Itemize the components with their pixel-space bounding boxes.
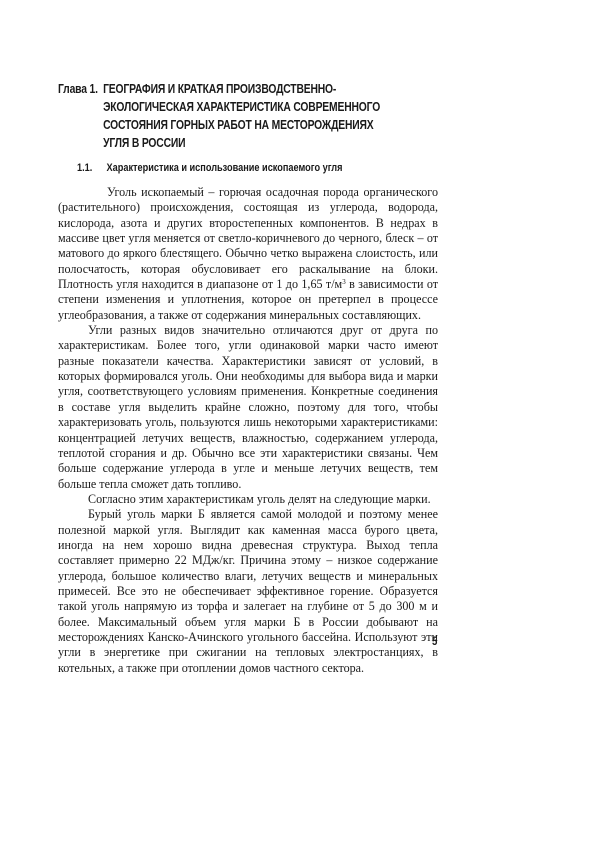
paragraph-brown-coal: Бурый уголь марки Б является самой молод…	[58, 507, 438, 676]
section-title: Характеристика и использование ископаемо…	[107, 161, 343, 175]
chapter-label: Глава 1.	[58, 80, 103, 152]
paragraph-coal-definition: Уголь ископаемый – горючая осадочная пор…	[58, 185, 438, 323]
section-number: 1.1.	[77, 161, 107, 175]
body-text: Уголь ископаемый – горючая осадочная пор…	[58, 185, 438, 676]
paragraph-text: Уголь ископаемый – горючая осадочная пор…	[58, 185, 438, 291]
section-heading: 1.1. Характеристика и использование иско…	[77, 161, 342, 175]
document-page: Глава 1. ГЕОГРАФИЯ И КРАТКАЯ ПРОИЗВОДСТВ…	[0, 0, 600, 849]
paragraph-coal-grades-intro: Согласно этим характеристикам уголь деля…	[58, 492, 438, 507]
chapter-title: ГЕОГРАФИЯ И КРАТКАЯ ПРОИЗВОДСТВЕННО-ЭКОЛ…	[103, 80, 386, 152]
page-number: 5	[432, 634, 437, 648]
chapter-heading: Глава 1. ГЕОГРАФИЯ И КРАТКАЯ ПРОИЗВОДСТВ…	[58, 80, 386, 152]
paragraph-coal-characteristics: Угли разных видов значительно отличаются…	[58, 323, 438, 492]
